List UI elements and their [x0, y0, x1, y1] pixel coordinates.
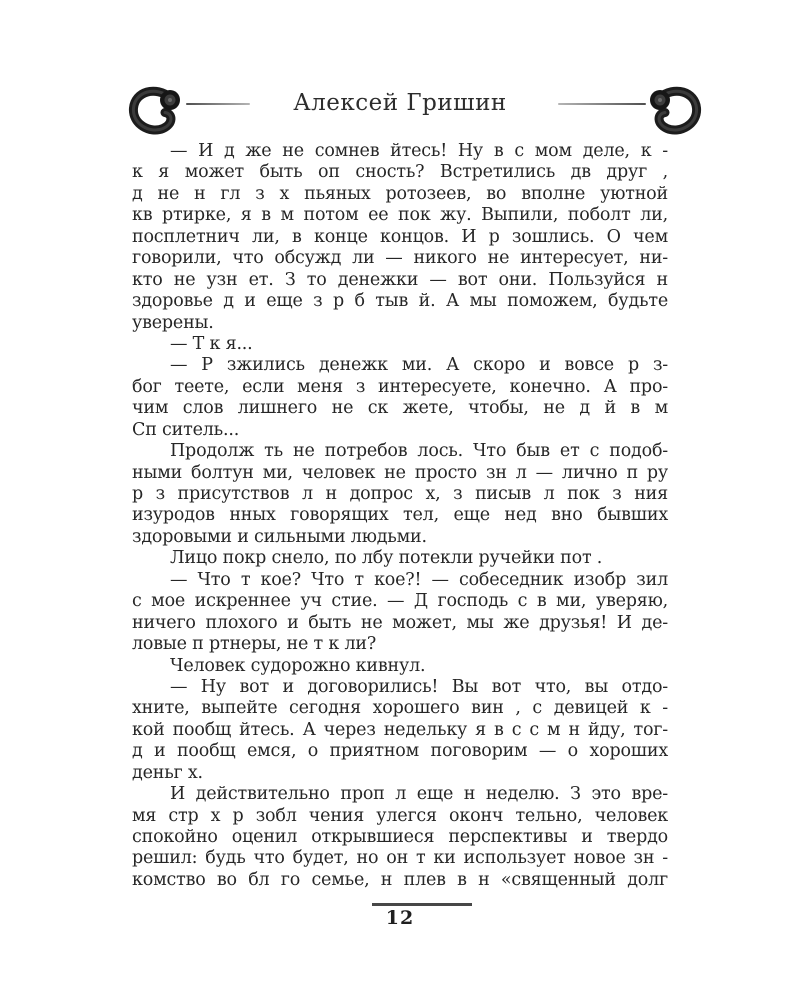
- text-line: р з присутствов л н допрос х, з писыв л …: [132, 484, 668, 505]
- text-line: с мое искреннее уч стие. — Д господь с в…: [132, 591, 668, 612]
- text-line: бог теете, если меня з интересуете, коне…: [132, 377, 668, 398]
- paragraph: Продолж ть не потребов лось. Что быв ет …: [132, 441, 668, 548]
- text-line: чим слов лишнего не ск жете, чтобы, не д…: [132, 398, 668, 419]
- text-line: ными болтун ми, человек не просто зн л —…: [132, 463, 668, 484]
- text-line: решил: будь что будет, но он т ки исполь…: [132, 848, 668, 869]
- text-line: деньг х.: [132, 763, 668, 784]
- paragraph: И действительно проп л еще н неделю. З э…: [132, 784, 668, 891]
- text-line: здоровыми и сильными людьми.: [132, 527, 668, 548]
- flourish-swirl-right-icon: [642, 84, 702, 136]
- text-line: кто не узн ет. З то денежки — вот они. П…: [132, 270, 668, 291]
- text-line: Продолж ть не потребов лось. Что быв ет …: [132, 441, 668, 462]
- book-page: Алексей Гришин — И д же не сомнев йтесь!…: [0, 0, 800, 1000]
- text-line: — Ну вот и договорились! Вы вот что, вы …: [132, 677, 668, 698]
- text-line: говорили, что обсужд ли — никого не инте…: [132, 248, 668, 269]
- text-line: кв ртирке, я в м потом ее пок жу. Выпили…: [132, 205, 668, 226]
- header-rule-right: [558, 103, 646, 105]
- text-line: ничего плохого и быть не может, мы же др…: [132, 613, 668, 634]
- text-line: комство во бл го семье, н плев в н «свящ…: [132, 870, 668, 891]
- text-line: хните, выпейте сегодня хорошего вин , с …: [132, 698, 668, 719]
- text-line: Человек судорожно кивнул.: [132, 656, 668, 677]
- text-line: Лицо покр снело, по лбу потекли ручейки …: [132, 548, 668, 569]
- text-line: — Р зжились денежк ми. А скоро и вовсе р…: [132, 355, 668, 376]
- paragraph: — Т к я...: [132, 334, 668, 355]
- paragraph: — Ну вот и договорились! Вы вот что, вы …: [132, 677, 668, 784]
- page-number: 12: [0, 907, 800, 929]
- paragraph: — Что т кое? Что т кое?! — собеседник из…: [132, 570, 668, 656]
- text-line: ловые п ртнеры, не т к ли?: [132, 634, 668, 655]
- page-header: Алексей Гришин: [0, 82, 800, 140]
- paragraph: Лицо покр снело, по лбу потекли ручейки …: [132, 548, 668, 569]
- text-line: к я может быть оп сность? Встретились дв…: [132, 162, 668, 183]
- paragraph: Человек судорожно кивнул.: [132, 656, 668, 677]
- paragraph: — Р зжились денежк ми. А скоро и вовсе р…: [132, 355, 668, 441]
- footer-rule: [372, 903, 472, 906]
- text-line: мя стр х р зобл чения улегся оконч тельн…: [132, 806, 668, 827]
- text-line: посплетнич ли, в конце концов. И р зошли…: [132, 227, 668, 248]
- text-line: уверены.: [132, 313, 668, 334]
- text-line: И действительно проп л еще н неделю. З э…: [132, 784, 668, 805]
- text-line: изуродов нных говорящих тел, еще нед вно…: [132, 505, 668, 526]
- paragraph: — И д же не сомнев йтесь! Ну в с мом дел…: [132, 141, 668, 334]
- text-line: — Что т кое? Что т кое?! — собеседник из…: [132, 570, 668, 591]
- text-body: — И д же не сомнев йтесь! Ну в с мом дел…: [132, 141, 668, 891]
- text-line: д и пообщ емся, о приятном поговорим — о…: [132, 741, 668, 762]
- text-line: — И д же не сомнев йтесь! Ну в с мом дел…: [132, 141, 668, 162]
- text-line: д не н гл з х пьяных ротозеев, во вполне…: [132, 184, 668, 205]
- text-line: Сп ситель...: [132, 420, 668, 441]
- text-line: спокойно оценил открывшиеся перспективы …: [132, 827, 668, 848]
- text-line: здоровье д и еще з р б тыв й. А мы помож…: [132, 291, 668, 312]
- text-line: кой пообщ йтесь. А через недельку я в с …: [132, 720, 668, 741]
- text-line: — Т к я...: [132, 334, 668, 355]
